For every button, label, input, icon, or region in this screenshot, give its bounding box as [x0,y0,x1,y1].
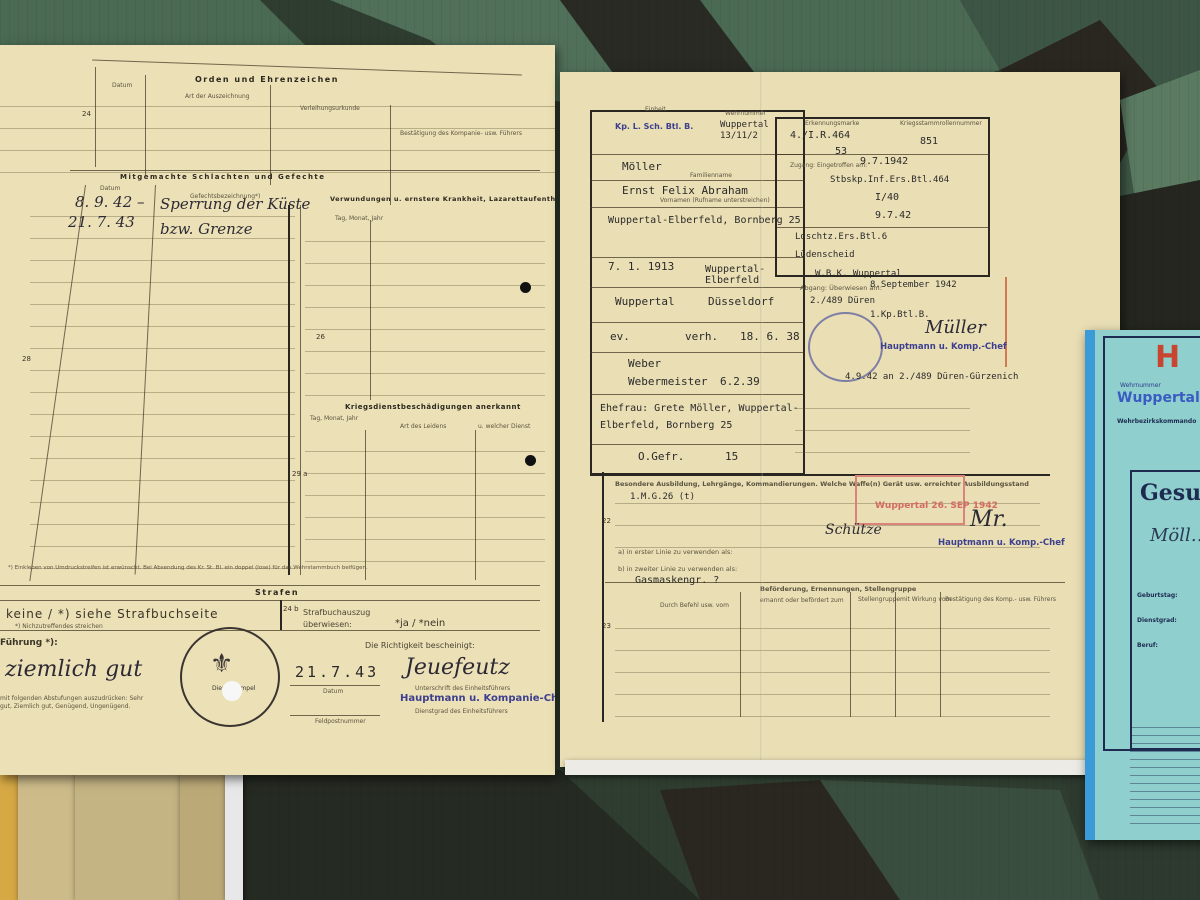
company-chief-signature: Müller [925,317,986,338]
footnote: *) Einkleben von Umdruckstreifen ist erw… [8,565,368,571]
company-chief-stamp: Hauptmann u. Komp.-Chef [938,538,1065,548]
row-number: 24 [82,110,91,118]
war-damage-section-title: Kriegsdienstbeschädigungen anerkannt [345,403,521,411]
wehrpass-sent-value: 4.9.42 an 2./489 Düren-Gürzenich [845,372,1018,382]
battle-date-1: 8. 9. 42 – [75,193,145,211]
marriage-date-value: 18. 6. 38 [740,330,800,343]
awards-col-confirmation: Bestätigung des Kompanie- usw. Führers [400,130,522,137]
row-number: 29 a [292,470,307,478]
given-names-label: Vornamen (Rufname unterstreichen) [660,197,770,204]
wounds-section-title: Verwundungen u. ernstere Krankheit, Laza… [330,195,555,203]
rank-number-value: 15 [725,450,738,463]
punch-hole [222,681,242,701]
row-number: 24 b [283,605,299,613]
company-stamp: Hauptmann u. Komp.-Chef [880,342,1007,352]
date-value: 21.7.43 [295,663,379,681]
departure-date-value: 8.September 1942 [870,280,957,290]
underlying-document-white [225,770,243,900]
punch-hole [520,282,531,293]
kriegsstammrolle-value: 851 [920,136,938,147]
underlying-document-2 [18,770,78,900]
use-a-label: a) in erster Linie zu verwenden als: [618,548,733,556]
battles-col-date: Datum [100,185,120,192]
promotions-col-group: Stellengruppe [858,596,900,603]
penalties-section-title: Strafen [255,588,299,597]
use-b-label: b) in zweiter Linie zu verwenden als: [618,565,737,573]
date-label: Datum [323,688,343,695]
underlying-white-sheet [565,760,1120,775]
rank-stamp: Hauptmann u. Kompanie-Chef [400,693,555,704]
battles-section-title: Mitgemachte Schlachten und Gefechte [120,173,326,181]
rank-value: O.Gefr. [638,450,684,463]
signature-label: Unterschrift des Einheitsführers [415,685,510,692]
clerk-signature: Schütze [825,522,882,538]
certify-label: Die Richtigkeit bescheinigt: [365,641,475,650]
service-entry-date-value: 6.2.39 [720,375,760,388]
conduct-value: ziemlich gut [5,657,142,682]
birth-date-value: 7. 1. 1913 [608,260,674,273]
departure-to-value: 2./489 Düren [810,296,875,306]
promotions-title: Beförderung, Ernennungen, Stellengruppe [760,585,916,593]
district-value: Wuppertal [615,295,675,308]
fieldpost-label: Feldpostnummer [315,718,366,725]
promotions-col-confirmation: Bestätigung des Komp.- usw. Führers [945,596,1056,603]
surname-value: Möller [622,160,662,173]
kriegsstammrolle-label: Kriegsstammrollennummer [900,120,982,127]
use-b-value: Gasmaskengr. ? [635,575,719,586]
row-number: 28 [22,355,31,363]
rank-label: Dienstgrad des Einheitsführers [415,708,508,715]
booklet-wehrnummer-value: Wuppertal [1117,390,1200,406]
promotions-col-effective: mit Wirkung vom [900,596,951,603]
booklet-field-rank: Dienstgrad: [1137,617,1177,624]
unit-value: Kp. L. Sch. Btl. B. [615,122,693,131]
region-value: Düsseldorf [708,295,774,308]
war-damage-col-service: u. welcher Dienst [478,423,530,430]
penalty-extract-label: Strafbuchauszug überwiesen: [303,607,403,631]
awards-col-date: Datum [112,82,132,89]
wehrnummer-label: Wehrnummer [725,110,766,117]
departure-unit-value: 1.Kp.Btl.B. [870,310,930,320]
wehrnummer-value: Wuppertal 13/11/2 [720,120,770,142]
erkennungsmarke-label: Erkennungsmarke [805,120,859,127]
learned-trade-value: Weber [628,357,661,370]
underlying-document-3 [75,770,180,900]
booklet-wehrnummer-label: Wehrnummer [1120,382,1161,389]
liste-number: 53 [835,146,847,157]
battle-name-2: bzw. Grenze [160,220,253,238]
booklet-title: Gesu… [1140,480,1200,506]
row-number: 26 [316,333,325,341]
war-damage-col-date: Tag, Monat, Jahr [310,415,358,422]
penalties-note: *) Nichzutreffendes streichen [15,623,103,630]
booklet-command-label: Wehrbezirkskommando [1117,418,1196,425]
conduct-note: mit folgenden Abstufungen auszudrücken: … [0,695,150,711]
awards-col-type: Art der Auszeichnung [185,93,250,100]
conduct-label: Führung *): [0,638,58,648]
unit-label: Einheit [645,106,666,113]
booklet-field-birthdate: Geburtstag: [1137,592,1178,599]
eagle-emblem-icon: ⚜ [210,649,233,679]
booklet-field-profession: Beruf: [1137,642,1158,649]
address-value: Wuppertal-Elberfeld, Bornberg 25 [608,215,801,226]
practiced-trade-value: Webermeister [628,375,707,388]
wehrpass-received-value: 9.7.42 [875,210,911,221]
service-record-left-page: Orden und Ehrenzeichen Datum Art der Aus… [0,45,555,775]
official-stamp: ⚜ Dienststempel [180,627,280,727]
penalty-extract-value: *ja / *nein [395,618,445,629]
booklet-letter: H [1155,340,1180,375]
stammrolle-number-value: I/40 [875,192,899,203]
promotions-col-promoted: ernannt oder befördert zum [760,597,844,604]
surname-label: Familienname [690,172,732,179]
arrival-label: Zugang: Eingetroffen am: [790,162,867,169]
religion-value: ev. [610,330,630,343]
replacement-unit-value: Ldschtz.Ers.Btl.6 [795,232,887,242]
red-date-stamp: Wuppertal 26. SEP 1942 [855,475,965,525]
health-booklet: H Wehrnummer Wuppertal Wehrbezirkskomman… [1085,330,1200,840]
arrival-value: 9.7.1942 [860,156,908,167]
commander-signature: Jeuefeutz [405,655,510,680]
marital-status-value: verh. [685,330,718,343]
penalties-text: keine / *) siehe Strafbuchseite [6,607,218,621]
garrison-value: Lüdenscheid [795,250,855,260]
transferred-from-value: Stbskp.Inf.Ers.Btl.464 [830,175,949,185]
given-names-value: Ernst Felix Abraham [622,184,748,197]
booklet-name: Möll… [1150,525,1200,546]
punch-hole [525,455,536,466]
next-of-kin-value: Ehefrau: Grete Möller, Wuppertal-Elberfe… [600,400,800,434]
erkennungsmarke-value: 4./I.R.464 [790,130,850,141]
chief-signature: Mr. [970,507,1008,532]
birth-place-value: Wuppertal-Elberfeld [705,264,775,286]
awards-col-certificate: Verleihungsurkunde [300,105,360,112]
war-damage-col-type: Art des Leidens [400,423,446,430]
awards-section-title: Orden und Ehrenzeichen [195,75,339,84]
service-record-right-page: Einheit Kp. L. Sch. Btl. B. Wehrnummer W… [560,72,1120,767]
